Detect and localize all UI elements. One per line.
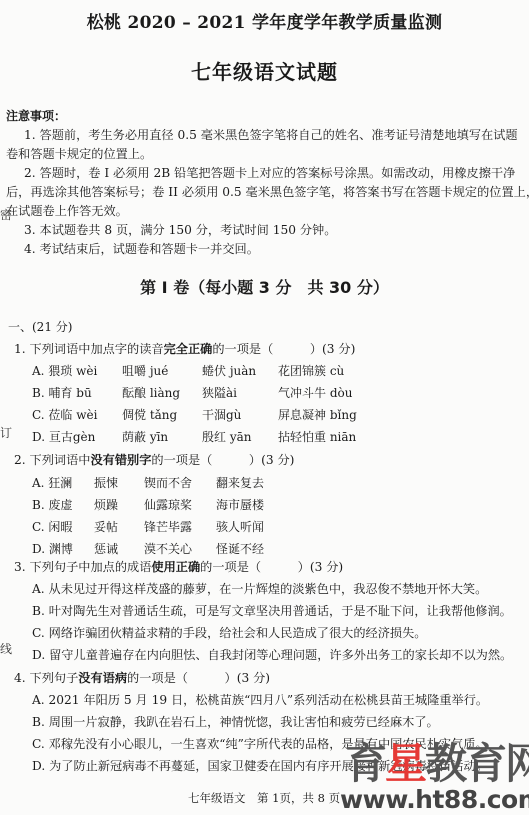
notice-item-1: 1. 答题前，考生务必用直径 0.5 毫米黑色签字笔将自己的姓名、准考证号清楚地… bbox=[24, 126, 518, 144]
margin-fragment-1: 密 bbox=[0, 206, 12, 223]
question-3-option-b: B. 叶对陶先生对普通话生疏，可是写文章坚决用普通话，于是不耻下问，让我帮他修润… bbox=[32, 602, 512, 619]
question-2-option-a: A. 狂澜 振悚 锲而不舍 翻来复去 bbox=[32, 474, 264, 491]
question-4-option-a: A. 2021 年阳历 5 月 19 日，松桃苗族“四月八”系列活动在松桃县苗王… bbox=[32, 691, 488, 708]
watermark-url: www.ht88.com bbox=[340, 785, 529, 814]
question-2-option-c: C. 闲暇 妥帖 锋芒毕露 骇人听闻 bbox=[32, 518, 264, 535]
part-heading: 一、(21 分) bbox=[8, 318, 72, 335]
question-3-stem: 3. 下列句子中加点的成语使用正确的一项是（ ）(3 分) bbox=[14, 558, 343, 575]
notice-item-2: 2. 答题时，卷 I 必须用 2B 铅笔把答题卡上对应的答案标号涂黑。如需改动，… bbox=[24, 164, 515, 182]
notice-item-2-end: 在试题卷上作答无效。 bbox=[6, 202, 128, 220]
margin-fragment-2: 订 bbox=[0, 424, 12, 441]
notice-item-4: 4. 考试结束后，试题卷和答题卡一并交回。 bbox=[24, 240, 259, 258]
question-1-option-c: C. 莅临 wèi 倜傥 tǎng 干涸gù 屏息凝神 bǐng bbox=[32, 406, 357, 423]
notice-item-2-cont: 后，再选涂其他答案标号；卷 II 必须用 0.5 毫米黑色签字笔，将答案书写在答… bbox=[6, 183, 529, 201]
question-4-stem: 4. 下列句子没有语病的一项是（ ）(3 分) bbox=[14, 669, 270, 686]
question-1-option-b: B. 哺育 bū 酝酿 liàng 狭隘ài 气冲斗牛 dòu bbox=[32, 384, 352, 401]
question-3-option-d: D. 留守儿童普遍存在内向胆怯、自我封闭等心理问题，许多外出务工的家长却不以为然… bbox=[32, 646, 512, 663]
question-3-option-a: A. 从未见过开得这样茂盛的藤萝，在一片辉煌的淡紫色中，我忍俊不禁地开怀大笑。 bbox=[32, 580, 487, 597]
question-1-option-d: D. 亘古gèn 荫蔽 yīn 殷红 yān 拈轻怕重 niān bbox=[32, 428, 356, 445]
question-2-option-b: B. 废虚 烦躁 仙露琼桨 海市蜃楼 bbox=[32, 496, 264, 513]
page-footer: 七年级语文 第 1页，共 8 页 bbox=[188, 790, 340, 806]
exam-page: 松桃 2020 – 2021 学年度学年教学质量监测 七年级语文试题 注意事项：… bbox=[0, 0, 529, 815]
question-1-option-a: A. 猥琐 wèi 咀嚼 jué 蜷伏 juàn 花团锦簇 cù bbox=[32, 362, 344, 379]
question-2-stem: 2. 下列词语中没有错别字的一项是（ ）(3 分) bbox=[14, 451, 294, 468]
exam-subtitle: 七年级语文试题 bbox=[0, 56, 529, 85]
question-3-option-c: C. 网络诈骗团伙精益求精的手段，给社会和人民造成了很大的经济损失。 bbox=[32, 624, 426, 641]
notice-heading: 注意事项： bbox=[6, 107, 66, 124]
exam-title: 松桃 2020 – 2021 学年度学年教学质量监测 bbox=[0, 8, 529, 33]
notice-item-3: 3. 本试题卷共 8 页，满分 150 分，考试时间 150 分钟。 bbox=[24, 221, 336, 239]
question-2-option-d: D. 渊博 惩诫 漠不关心 怪诞不经 bbox=[32, 540, 264, 557]
margin-fragment-3: 线 bbox=[0, 640, 12, 657]
notice-item-1-cont: 卷和答题卡规定的位置上。 bbox=[6, 145, 152, 163]
question-1-stem: 1. 下列词语中加点字的读音完全正确的一项是（ ）(3 分) bbox=[14, 340, 355, 357]
watermark-logo: 育星教育网 bbox=[345, 742, 529, 786]
question-4-option-b: B. 周围一片寂静，我趴在岩石上，神情恍惚，我让害怕和疲劳已经麻木了。 bbox=[32, 713, 439, 730]
section-title: 第 I 卷（每小题 3 分 共 30 分） bbox=[0, 275, 529, 298]
